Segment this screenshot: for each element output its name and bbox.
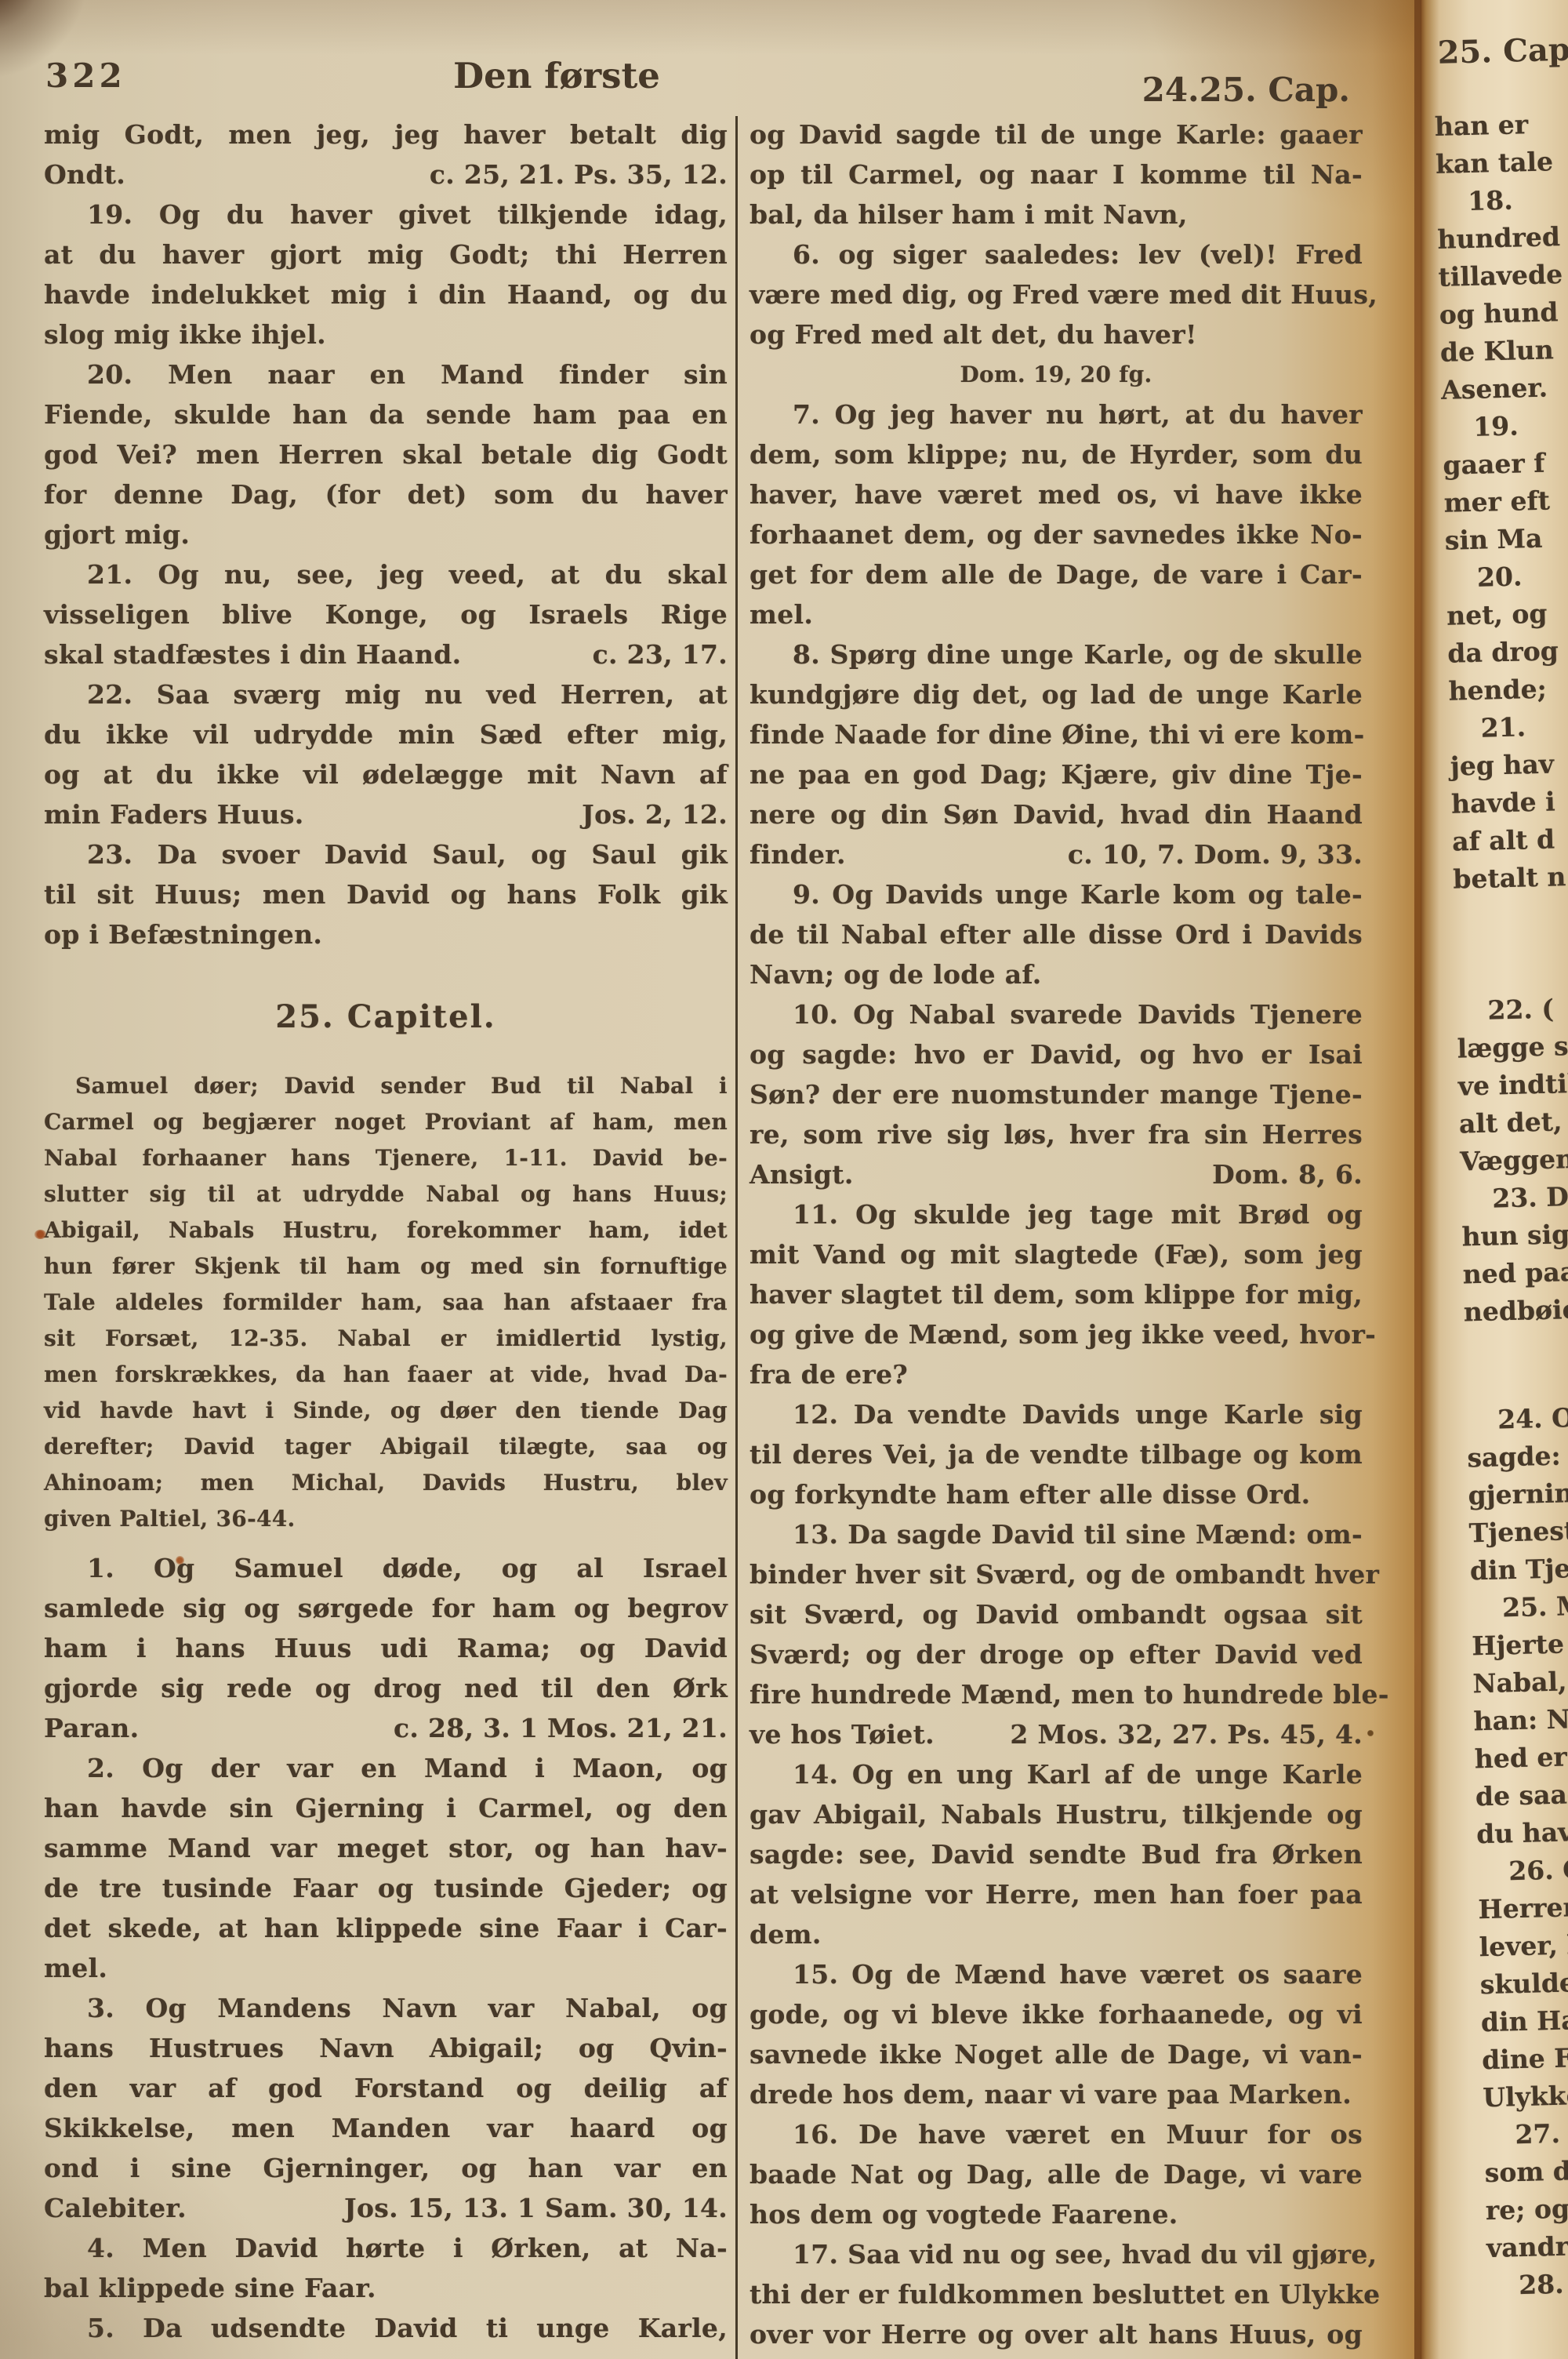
- next-page-fragment: du havde: [1476, 1812, 1568, 1853]
- next-page-fragment: net, og: [1446, 593, 1568, 634]
- chapter-summary-line: hun fører Skjenk til ham og med sin forn…: [44, 1249, 728, 1285]
- cross-reference: Jos. 2, 12.: [582, 794, 728, 834]
- cross-reference: c. 23, 17.: [593, 634, 728, 674]
- verse-text-line: og at du ikke vil ødelægge mit Navn af: [44, 754, 728, 794]
- next-page-fragment: og hund: [1439, 293, 1568, 334]
- verse-text-line: mig Godt, men jeg, jeg haver betalt dig: [44, 114, 728, 154]
- verse-text-line: dem.: [750, 1914, 1363, 1954]
- verse-text: Calebiter.: [44, 2188, 187, 2228]
- verse-text: skal stadfæstes i din Haand.: [44, 634, 461, 674]
- verse-text-line: 5. Da udsendte David ti unge Karle,: [44, 2308, 728, 2348]
- chapter-summary-line: Ahinoam; men Michal, Davids Hustru, blev: [44, 1465, 728, 1501]
- next-page-fragment: 27. O: [1483, 2113, 1568, 2154]
- verse-text-line: de til Nabal efter alle disse Ord i Davi…: [750, 914, 1363, 954]
- verse-text-line: Navn; og de lode af.: [750, 954, 1363, 994]
- verse-text-line: Skikkelse, men Manden var haard og: [44, 2108, 728, 2148]
- next-page-fragment: ve indtil: [1457, 1063, 1568, 1105]
- next-page-fragment: 26. O: [1477, 1849, 1568, 1891]
- verse-text: min Faders Huus.: [44, 794, 304, 834]
- verse-text-line: de tre tusinde Faar og tusinde Gjeder; o…: [44, 1868, 728, 1908]
- next-page-fragment: betalt n: [1453, 856, 1568, 898]
- next-page-fragment: alt det,: [1458, 1101, 1568, 1143]
- next-page-fragment: hundred: [1437, 217, 1568, 259]
- next-page-fragment: vandre e: [1486, 2226, 1568, 2267]
- verse-text-line: han havde sin Gjerning i Carmel, og den: [44, 1788, 728, 1828]
- chapter-summary-line: derefter; David tager Abigail tilægte, s…: [44, 1429, 728, 1465]
- verse-text-line: Sværd; og der droge op efter David ved: [750, 1634, 1363, 1674]
- verse-text-line: hos dem og vogtede Faarene.: [750, 2194, 1363, 2234]
- verse-text-line: god Vei? men Herren skal betale dig Godt: [44, 434, 728, 474]
- verse-text-line: bal, da hilser ham i mit Navn,: [750, 194, 1363, 234]
- cross-reference: c. 28, 3. 1 Mos. 21, 21.: [394, 1708, 728, 1748]
- next-page-fragment: kan tale: [1436, 142, 1568, 184]
- next-page-fragment: 20.: [1445, 555, 1568, 597]
- next-page-fragment: de Klun: [1439, 329, 1568, 371]
- verse-text-line: gjorde sig rede og drog ned til den Ørk: [44, 1668, 728, 1708]
- verse-text-line: bal klippede sine Faar.: [44, 2268, 728, 2308]
- verse-text-line: slog mig ikke ihjel.: [44, 314, 728, 354]
- next-page-fragment: 28.: [1487, 2263, 1568, 2305]
- verse-text-line: visseligen blive Konge, og Israels Rige: [44, 594, 728, 634]
- verse-text-line: du ikke vil udrydde min Sæd efter mig,: [44, 714, 728, 754]
- verse-text-line: ham i hans Huus udi Rama; og David: [44, 1628, 728, 1668]
- verse-text: finder.: [750, 834, 846, 874]
- next-page-fragment: havde i: [1450, 781, 1568, 823]
- verse-text: ve hos Tøiet.: [750, 1714, 935, 1754]
- verse-text-line: det skede, at han klippede sine Faar i C…: [44, 1908, 728, 1948]
- verse-text: Ondt.: [44, 154, 125, 194]
- next-page-fragment: 22. (: [1456, 988, 1568, 1030]
- page-number: 322: [45, 56, 126, 95]
- next-page-fragment: de saae i: [1475, 1774, 1568, 1816]
- verse-text-line: kundgjøre dig det, og lad de unge Karle: [750, 674, 1363, 714]
- verse-text-line: get for dem alle de Dage, de vare i Car-: [750, 554, 1363, 594]
- verse-text-line: ne paa en god Dag; Kjære, giv dine Tje-: [750, 754, 1363, 794]
- verse-text-line: Paran.c. 28, 3. 1 Mos. 21, 21.: [44, 1708, 728, 1748]
- verse-text-line: 15. Og de Mænd have været os saare: [750, 1954, 1363, 1994]
- verse-text-line: 12. Da vendte Davids unge Karle sig: [750, 1394, 1363, 1434]
- chapter-summary-line: Abigail, Nabals Hustru, forekommer ham, …: [44, 1212, 728, 1249]
- verse-text-line: 3. Og Mandens Navn var Nabal, og: [44, 1988, 728, 2028]
- verse-text-line: Fiende, skulde han da sende ham paa en: [44, 394, 728, 434]
- column-divider-rule: [735, 116, 738, 2359]
- verse-text-line: Ansigt.Dom. 8, 6.: [750, 1154, 1363, 1194]
- verse-text-line: 2. Og der var en Mand i Maon, og: [44, 1748, 728, 1788]
- verse-text-line: skal stadfæstes i din Haand.c. 23, 17.: [44, 634, 728, 674]
- chapter-summary-line: Tale aldeles formilder ham, saa han afst…: [44, 1285, 728, 1321]
- verse-text: Paran.: [44, 1708, 139, 1748]
- verse-text-line: til deres Vei, ja de vendte tilbage og k…: [750, 1434, 1363, 1474]
- verse-text-line: og give de Mænd, som jeg ikke veed, hvor…: [750, 1314, 1363, 1354]
- cross-reference: c. 25, 21. Ps. 35, 12.: [430, 154, 728, 194]
- next-page-fragment: Ulykke, v: [1483, 2075, 1568, 2117]
- verse-text-line: og sagde: hvo er David, og hvo er Isai: [750, 1034, 1363, 1074]
- verse-text-line: nere og din Søn David, hvad din Haand: [750, 794, 1363, 834]
- verse-text-line: gjort mig.: [44, 514, 728, 554]
- verse-text-line: 23. Da svoer David Saul, og Saul gik: [44, 834, 728, 874]
- verse-text-line: haver slagtet til dem, som klippe for mi…: [750, 1274, 1363, 1314]
- next-page-fragment: Tjenesteq: [1468, 1510, 1568, 1552]
- verse-text-line: den var af god Forstand og deilig af: [44, 2068, 728, 2108]
- left-text-column: mig Godt, men jeg, jeg haver betalt digO…: [44, 114, 728, 2348]
- next-page-fragment: 24. O: [1466, 1398, 1568, 1439]
- chapter-summary-line: slutter sig til at udrydde Nabal og hans…: [44, 1176, 728, 1212]
- cross-reference: Jos. 15, 13. 1 Sam. 30, 14.: [344, 2188, 728, 2228]
- next-page-fragment: nedbøied: [1463, 1289, 1568, 1331]
- verse-text-line: Søn? der ere nuomstunder mange Tjene-: [750, 1074, 1363, 1114]
- verse-text-line: havde indelukket mig i din Haand, og du: [44, 274, 728, 314]
- next-page-fragment: gjerning: [1468, 1473, 1568, 1514]
- right-text-column: og David sagde til de unge Karle: gaaero…: [750, 114, 1363, 2354]
- chapter-summary-line: vid havde havt i Sinde, og døer den tien…: [44, 1393, 728, 1429]
- chapter-summary-line: Carmel og begjærer noget Proviant af ham…: [44, 1104, 728, 1140]
- verse-text-line: 9. Og Davids unge Karle kom og tale-: [750, 874, 1363, 914]
- next-page-fragment: din Haan: [1480, 2000, 1568, 2041]
- verse-text-line: Calebiter.Jos. 15, 13. 1 Sam. 30, 14.: [44, 2188, 728, 2228]
- verse-text-line: for denne Dag, (for det) som du haver: [44, 474, 728, 514]
- next-page-fragment: 21.: [1449, 706, 1568, 747]
- next-page-header: 25. Cap: [1437, 31, 1568, 71]
- next-page-fragment: af alt d: [1452, 819, 1568, 860]
- verse-text-line: mel.: [750, 594, 1363, 634]
- next-page-fragment: sagde: (h: [1467, 1435, 1568, 1477]
- next-page-fragment: Væggen.: [1460, 1139, 1568, 1180]
- verse-text-line: være med dig, og Fred være med dit Huus,: [750, 274, 1363, 314]
- verse-text-line: haver, have været med os, vi have ikke: [750, 474, 1363, 514]
- verse-text-line: 16. De have været en Muur for os: [750, 2114, 1363, 2154]
- verse-text-line: sagde: see, David sendte Bud fra Ørken: [750, 1834, 1363, 1874]
- verse-text-line: samme Mand var meget stor, og han hav-: [44, 1828, 728, 1868]
- cross-reference: Dom. 8, 6.: [1212, 1154, 1363, 1194]
- page-crease-shadow: [1414, 0, 1421, 2359]
- next-page-fragment: da drog: [1447, 631, 1568, 672]
- next-page-fragment: 23. D: [1461, 1176, 1568, 1218]
- verse-text-line: og Fred med alt det, du haver!: [750, 314, 1363, 354]
- verse-text-line: op til Carmel, og naar I komme til Na-: [750, 154, 1363, 194]
- verse-text-line: Dom. 19, 20 fg.: [750, 354, 1363, 394]
- paper-stain: [176, 1556, 184, 1565]
- running-header-title: Den første: [435, 55, 678, 96]
- verse-text-line: drede hos dem, naar vi vare paa Marken.: [750, 2074, 1363, 2114]
- next-page-fragment: han: Na: [1473, 1699, 1568, 1740]
- verse-text-line: finder.c. 10, 7. Dom. 9, 33.: [750, 834, 1363, 874]
- verse-text-line: 13. Da sagde David til sine Mænd: om-: [750, 1514, 1363, 1554]
- verse-text-line: min Faders Huus.Jos. 2, 12.: [44, 794, 728, 834]
- cross-reference: c. 10, 7. Dom. 9, 33.: [1068, 834, 1363, 874]
- verse-text-line: over vor Herre og over alt hans Huus, og: [750, 2314, 1363, 2354]
- verse-text-line: 11. Og skulde jeg tage mit Brød og: [750, 1194, 1363, 1234]
- next-page-fragment: sin Ma: [1444, 518, 1568, 559]
- next-page-fragment: som din: [1484, 2150, 1568, 2192]
- verse-text-line: mel.: [44, 1948, 728, 1988]
- chapter-summary-line: Samuel døer; David sender Bud til Nabal …: [44, 1068, 728, 1104]
- verse-text-line: 14. Og en ung Karl af de unge Karle: [750, 1754, 1363, 1794]
- chapter-summary-line: Nabal forhaaner hans Tjenere, 1-11. Davi…: [44, 1140, 728, 1176]
- chapter-summary-line: sit Forsæt, 12-35. Nabal er imidlertid l…: [44, 1321, 728, 1357]
- paper-stain: [34, 1230, 46, 1239]
- verse-text-line: fra de ere?: [750, 1354, 1363, 1394]
- next-page-fragment: skulde ikk: [1479, 1962, 1568, 2004]
- verse-text-line: gode, og vi bleve ikke forhaanede, og vi: [750, 1994, 1363, 2034]
- verse-text-line: gav Abigail, Nabals Hustru, tilkjende og: [750, 1794, 1363, 1834]
- verse-text-line: finde Naade for dine Øine, thi vi ere ko…: [750, 714, 1363, 754]
- next-page-fragment: Asener.: [1441, 367, 1568, 409]
- verse-text-line: at velsigne vor Herre, men han foer paa: [750, 1874, 1363, 1914]
- next-page-fragments: han erkan tale18.hundredtillavedeog hund…: [1434, 104, 1568, 2306]
- verse-text-line: 22. Saa sværg mig nu ved Herren, at: [44, 674, 728, 714]
- chapter-summary-line: men forskrækkes, da han faaer at vide, h…: [44, 1357, 728, 1393]
- verse-text-line: 19. Og du haver givet tilkjende idag,: [44, 194, 728, 234]
- verse-text-line: thi der er fuldkommen besluttet en Ulykk…: [750, 2274, 1363, 2314]
- verse-text-line: Ondt.c. 25, 21. Ps. 35, 12.: [44, 154, 728, 194]
- verse-text-line: og David sagde til de unge Karle: gaaer: [750, 114, 1363, 154]
- next-page-fragment: Nabal, t: [1472, 1661, 1568, 1703]
- chapter-heading: 25. Capitel.: [44, 990, 728, 1045]
- cross-reference: 2 Mos. 32, 27. Ps. 45, 4.: [1010, 1714, 1363, 1754]
- next-page-fragment: 25. M: [1471, 1586, 1568, 1627]
- verse-text-line: re, som rive sig løs, hver fra sin Herre…: [750, 1114, 1363, 1154]
- next-page-fragment: din Tjene: [1469, 1548, 1568, 1590]
- verse-text-line: 8. Spørg dine unge Karle, og de skulle: [750, 634, 1363, 674]
- verse-text-line: op i Befæstningen.: [44, 914, 728, 954]
- verse-text-line: og forkyndte ham efter alle disse Ord.: [750, 1474, 1363, 1514]
- next-page-fragment: Herren le: [1478, 1887, 1568, 1928]
- verse-text-line: 10. Og Nabal svarede Davids Tjenere: [750, 994, 1363, 1034]
- verse-text-line: savnede ikke Noget alle de Dage, vi van-: [750, 2034, 1363, 2074]
- verse-text-line: 20. Men naar en Mand finder sin: [44, 354, 728, 394]
- verse-text-line: at du haver gjort mig Godt; thi Herren: [44, 234, 728, 274]
- verse-text-line: 21. Og nu, see, jeg veed, at du skal: [44, 554, 728, 594]
- verse-text: Ansigt.: [750, 1154, 854, 1194]
- next-page-fragment: gaaer f: [1443, 442, 1568, 484]
- next-page-fragment: dine Fien: [1482, 2037, 1568, 2079]
- verse-text-line: hans Hustrues Navn Abigail; og Qvin-: [44, 2028, 728, 2068]
- next-page-fragment: hende;: [1448, 668, 1568, 710]
- chapter-summary-line: given Paltiel, 36-44.: [44, 1501, 728, 1537]
- next-page-fragment: hun sig: [1461, 1214, 1568, 1256]
- verse-text-line: binder hver sit Sværd, og de ombandt hve…: [750, 1554, 1363, 1594]
- verse-text-line: 6. og siger saaledes: lev (vel)! Fred: [750, 234, 1363, 274]
- next-page-fragment: re; og l: [1485, 2188, 1568, 2230]
- next-page-fragment: mer eft: [1443, 480, 1568, 522]
- next-page-fragment: tillavede: [1438, 255, 1568, 296]
- verse-text-line: 17. Saa vid nu og see, hvad du vil gjøre…: [750, 2234, 1363, 2274]
- verse-text-line: forhaanet dem, og der savnedes ikke No-: [750, 514, 1363, 554]
- verse-text-line: samlede sig og sørgede for ham og begrov: [44, 1588, 728, 1628]
- next-page-fragment: jeg hav: [1450, 743, 1568, 785]
- verse-text-line: sit Sværd, og David ombandt ogsaa sit: [750, 1594, 1363, 1634]
- next-page-fragment: ned paa: [1462, 1252, 1568, 1293]
- next-page-fragment: Hjerte in: [1472, 1623, 1568, 1665]
- verse-text-line: ond i sine Gjerninger, og han var en: [44, 2148, 728, 2188]
- verse-text-line: ve hos Tøiet.2 Mos. 32, 27. Ps. 45, 4.: [750, 1714, 1363, 1754]
- verse-text-line: mit Vand og mit slagtede (Fæ), som jeg: [750, 1234, 1363, 1274]
- verse-text-line: baade Nat og Dag, alle de Dage, vi vare: [750, 2154, 1363, 2194]
- verse-text-line: til sit Huus; men David og hans Folk gik: [44, 874, 728, 914]
- verse-text-line: 1. Og Samuel døde, og al Israel: [44, 1548, 728, 1588]
- next-page-fragment: hed er ho: [1474, 1736, 1568, 1778]
- next-page-edge: 25. Cap han erkan tale18.hundredtillaved…: [1421, 0, 1568, 2359]
- running-header-chapter: 24.25. Cap.: [1137, 71, 1350, 109]
- verse-text-line: fire hundrede Mænd, men to hundrede ble-: [750, 1674, 1363, 1714]
- next-page-fragment: lægge sa: [1457, 1026, 1568, 1067]
- verse-text-line: 4. Men David hørte i Ørken, at Na-: [44, 2228, 728, 2268]
- next-page-fragment: han er: [1434, 104, 1568, 146]
- next-page-fragment: 18.: [1436, 180, 1568, 221]
- verse-text-line: 7. Og jeg haver nu hørt, at du haver: [750, 394, 1363, 434]
- next-page-fragment: lever, ha: [1479, 1925, 1568, 1966]
- paper-stain: [1367, 1730, 1374, 1736]
- next-page-fragment: 19.: [1442, 405, 1568, 446]
- verse-text-line: dem, som klippe; nu, de Hyrder, som du: [750, 434, 1363, 474]
